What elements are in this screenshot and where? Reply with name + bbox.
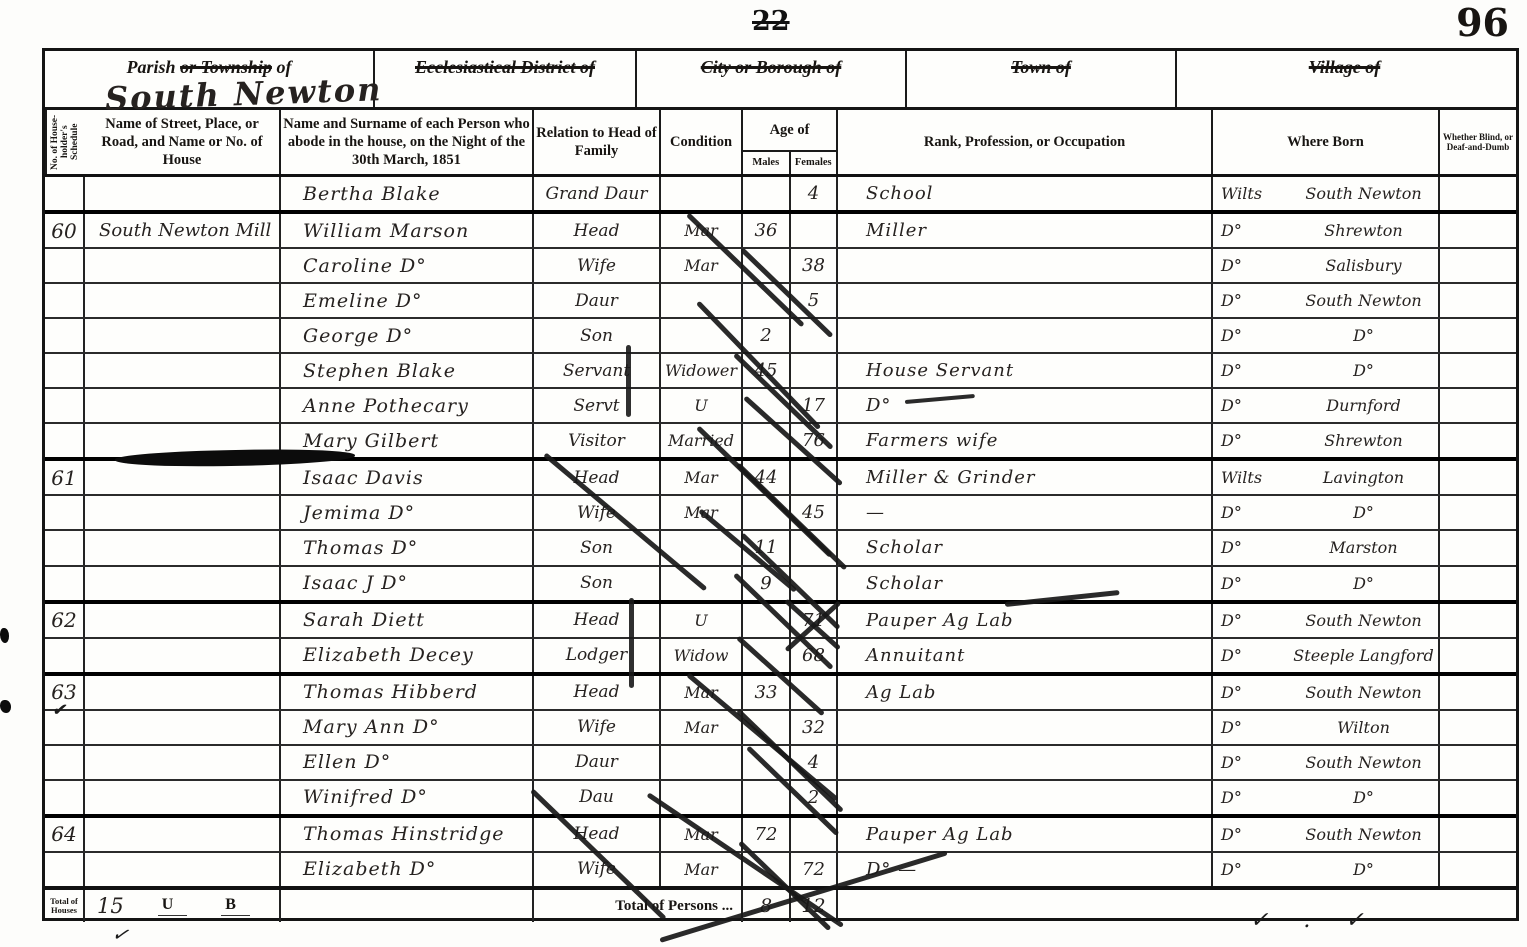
occupation: Miller [838,214,1213,247]
street-name [85,818,281,851]
infirmity [1440,319,1516,352]
age-male: 36 [743,214,791,247]
born-county: Wilts [1221,184,1289,203]
condition: Mar [661,461,743,494]
occupation: Annuitant [838,639,1213,672]
col-condition: Condition [661,110,743,174]
born-county: D° [1221,256,1289,275]
table-row: 60 South Newton Mill William Marson Head… [45,214,1516,249]
street-name [85,604,281,637]
person-name: Emeline D° [281,284,534,317]
person-name: Thomas Hinstridge [281,818,534,851]
schedule-tick-mark: ✔ [52,700,65,719]
where-born: D° South Newton [1213,284,1440,317]
table-row: Thomas D° Son 11 Scholar D° Marston [45,531,1516,566]
occupation: — [838,496,1213,529]
born-place: Steeple Langford [1289,646,1438,665]
infirmity [1440,676,1516,709]
infirmity [1440,424,1516,457]
where-born: D° D° [1213,853,1440,886]
born-county: Wilts [1221,468,1289,487]
relation-to-head: Head [534,461,661,494]
age-male: 72 [743,818,791,851]
street-name [85,389,281,422]
occupation: D° [838,389,1213,422]
infirmity [1440,496,1516,529]
table-row: 61 Isaac Davis Head Mar 44 Miller & Grin… [45,461,1516,496]
age-female [791,214,838,247]
born-place: South Newton [1289,683,1438,702]
occupation: Farmers wife [838,424,1213,457]
relation-to-head: Grand Daur [534,177,661,210]
col-name: Name and Surname of each Person who abod… [281,110,534,174]
where-born: D° South Newton [1213,604,1440,637]
born-place: D° [1289,361,1438,380]
infirmity [1440,284,1516,317]
born-county: D° [1221,611,1289,630]
relation-to-head: Head [534,676,661,709]
condition [661,177,743,210]
condition: U [661,604,743,637]
col-relation: Relation to Head of Family [534,110,661,174]
street-name [85,531,281,564]
bottom-left-check: ✓ [110,921,131,947]
relation-to-head: Wife [534,249,661,282]
born-place: South Newton [1289,753,1438,772]
born-place: Lavington [1289,468,1438,487]
relation-to-head: Wife [534,711,661,744]
col-schedule: No. of House-holder's Schedule [45,110,85,174]
schedule-number [45,249,85,282]
born-place: Durnford [1289,396,1438,415]
where-born: D° Salisbury [1213,249,1440,282]
condition: U [661,389,743,422]
person-name: Thomas Hibberd [281,676,534,709]
col-born: Where Born [1213,110,1440,174]
village-section: Village of [1177,51,1512,107]
person-name: Isaac J D° [281,567,534,600]
struck-folio-number: 22 [752,6,790,37]
building-label: B [221,896,250,916]
occupation: School [838,177,1213,210]
condition [661,746,743,779]
born-county: D° [1221,326,1289,345]
relation-to-head: Son [534,567,661,600]
table-row: 63 Thomas Hibberd Head Mar 33 Ag Lab D° … [45,676,1516,711]
table-row: Elizabeth Decey Lodger Widow 68 Annuitan… [45,639,1516,676]
city-label: City or Borough of [701,57,842,77]
table-row: Winifred D° Dau 2 D° D° [45,781,1516,818]
born-place: Shrewton [1289,431,1438,450]
person-name: Mary Ann D° [281,711,534,744]
table-row: Mary Ann D° Wife Mar 32 D° Wilton [45,711,1516,746]
age-female: 32 [791,711,838,744]
street-name: South Newton Mill [85,214,281,247]
col-street: Name of Street, Place, or Road, and Name… [85,110,281,174]
margin-mark [0,628,9,643]
total-houses-value: 15 [97,894,124,918]
street-name [85,639,281,672]
relation-to-head: Wife [534,853,661,886]
col-age: Age of Males Females [743,110,838,174]
col-age-label: Age of [743,110,836,152]
age-female: 4 [791,177,838,210]
born-place: D° [1289,860,1438,879]
schedule-number: 61 [45,461,85,494]
street-name [85,249,281,282]
schedule-number [45,424,85,457]
born-place: Marston [1289,538,1438,557]
schedule-number [45,531,85,564]
schedule-number [45,284,85,317]
condition: Mar [661,818,743,851]
born-county: D° [1221,221,1289,240]
schedule-number [45,781,85,814]
born-county: D° [1221,860,1289,879]
born-place: South Newton [1289,184,1438,203]
schedule-number [45,746,85,779]
age-female [791,818,838,851]
total-houses-label: Total of Houses [45,890,85,922]
street-name [85,781,281,814]
street-name [85,711,281,744]
infirmity [1440,214,1516,247]
born-county: D° [1221,825,1289,844]
where-born: Wilts South Newton [1213,177,1440,210]
where-born: Wilts Lavington [1213,461,1440,494]
street-name [85,461,281,494]
schedule-number [45,567,85,600]
born-county: D° [1221,431,1289,450]
age-female: 38 [791,249,838,282]
infirmity [1440,818,1516,851]
schedule-number [45,389,85,422]
table-row: George D° Son 2 D° D° [45,319,1516,354]
column-headers: No. of House-holder's Schedule Name of S… [45,110,1516,177]
condition: Mar [661,853,743,886]
street-name [85,567,281,600]
person-name: Elizabeth D° [281,853,534,886]
relation-to-head: Head [534,818,661,851]
footer-right-blank [838,890,1516,922]
person-name: Sarah Diett [281,604,534,637]
occupation [838,781,1213,814]
relation-to-head: Lodger [534,639,661,672]
page-number: 96 [1456,0,1509,45]
street-name [85,284,281,317]
schedule-number [45,354,85,387]
age-male: 2 [743,319,791,352]
born-place: Wilton [1289,718,1438,737]
infirmity [1440,177,1516,210]
uninhabited-label: U [158,896,188,916]
occupation [838,249,1213,282]
where-born: D° Wilton [1213,711,1440,744]
occupation: Miller & Grinder [838,461,1213,494]
village-label: Village of [1309,57,1381,77]
col-infirmity: Whether Blind, or Deaf-and-Dumb [1440,110,1516,174]
occupation [838,711,1213,744]
margin-mark [0,700,11,713]
age-female: 4 [791,746,838,779]
infirmity [1440,531,1516,564]
born-place: D° [1289,503,1438,522]
born-place: South Newton [1289,825,1438,844]
table-row: Caroline D° Wife Mar 38 D° Salisbury [45,249,1516,284]
born-county: D° [1221,753,1289,772]
person-name: William Marson [281,214,534,247]
born-county: D° [1221,788,1289,807]
born-place: South Newton [1289,611,1438,630]
age-female: 72 [791,853,838,886]
born-place: D° [1289,574,1438,593]
occupation: Scholar [838,531,1213,564]
street-name [85,496,281,529]
where-born: D° South Newton [1213,676,1440,709]
town-label: Town of [1011,57,1071,77]
relation-to-head: Head [534,604,661,637]
schedule-number [45,853,85,886]
check-marks: ✓ . ✓ [1250,908,1378,933]
infirmity [1440,389,1516,422]
where-born: D° South Newton [1213,746,1440,779]
ecclesiastical-label: Ecclesiastical District of [415,57,595,77]
where-born: D° D° [1213,781,1440,814]
person-name: Ellen D° [281,746,534,779]
relation-to-head: Daur [534,284,661,317]
infirmity [1440,354,1516,387]
where-born: D° South Newton [1213,818,1440,851]
relation-to-head: Daur [534,746,661,779]
occupation: Scholar [838,567,1213,600]
relation-to-head: Son [534,319,661,352]
footer-spacer [281,890,534,922]
infirmity [1440,853,1516,886]
infirmity [1440,461,1516,494]
person-name: Anne Pothecary [281,389,534,422]
person-name: Isaac Davis [281,461,534,494]
occupation [838,746,1213,779]
person-name: Thomas D° [281,531,534,564]
table-row: Bertha Blake Grand Daur 4 School Wilts S… [45,177,1516,214]
born-county: D° [1221,574,1289,593]
condition: Mar [661,676,743,709]
born-county: D° [1221,718,1289,737]
where-born: D° Durnford [1213,389,1440,422]
col-occupation: Rank, Profession, or Occupation [838,110,1213,174]
infirmity [1440,604,1516,637]
occupation [838,319,1213,352]
born-county: D° [1221,538,1289,557]
born-place: South Newton [1289,291,1438,310]
table-row: 64 Thomas Hinstridge Head Mar 72 Pauper … [45,818,1516,853]
where-born: D° D° [1213,319,1440,352]
form-header-band: Parish or Township of South Newton Eccle… [45,51,1516,110]
relation-to-head: Servt [534,389,661,422]
total-houses-cell: 15 U B [85,890,281,922]
census-form: Parish or Township of South Newton Eccle… [42,48,1519,921]
schedule-number: 60 [45,214,85,247]
where-born: D° D° [1213,496,1440,529]
occupation: Pauper Ag Lab [838,604,1213,637]
schedule-number: 64 [45,818,85,851]
where-born: D° Steeple Langford [1213,639,1440,672]
relation-to-head: Head [534,214,661,247]
infirmity [1440,746,1516,779]
born-county: D° [1221,361,1289,380]
where-born: D° Shrewton [1213,214,1440,247]
town-section: Town of [907,51,1177,107]
where-born: D° D° [1213,354,1440,387]
infirmity [1440,781,1516,814]
parish-section: Parish or Township of South Newton [45,51,375,107]
infirmity [1440,567,1516,600]
schedule-number [45,496,85,529]
street-name [85,676,281,709]
street-name [85,354,281,387]
schedule-number [45,177,85,210]
person-name: George D° [281,319,534,352]
person-name: Caroline D° [281,249,534,282]
person-name: Jemima D° [281,496,534,529]
infirmity [1440,639,1516,672]
street-name [85,319,281,352]
schedule-number [45,319,85,352]
infirmity [1440,711,1516,744]
person-name: Stephen Blake [281,354,534,387]
occupation: House Servant [838,354,1213,387]
ecclesiastical-section: Ecclesiastical District of [375,51,637,107]
born-county: D° [1221,503,1289,522]
occupation: Ag Lab [838,676,1213,709]
schedule-number [45,639,85,672]
person-name: Bertha Blake [281,177,534,210]
born-county: D° [1221,396,1289,415]
street-name [85,853,281,886]
street-name [85,177,281,210]
street-name [85,746,281,779]
infirmity [1440,249,1516,282]
city-section: City or Borough of [637,51,907,107]
born-county: D° [1221,683,1289,702]
age-male [743,177,791,210]
born-county: D° [1221,646,1289,665]
where-born: D° D° [1213,567,1440,600]
age-female [791,567,838,600]
born-place: D° [1289,326,1438,345]
born-place: Shrewton [1289,221,1438,240]
col-age-females: Females [791,152,837,174]
condition [661,284,743,317]
born-place: D° [1289,788,1438,807]
condition: Widow [661,639,743,672]
born-place: Salisbury [1289,256,1438,275]
born-county: D° [1221,291,1289,310]
relation-to-head: Visitor [534,424,661,457]
where-born: D° Marston [1213,531,1440,564]
col-age-males: Males [743,152,791,174]
tally-vertical-stroke [626,345,631,417]
where-born: D° Shrewton [1213,424,1440,457]
condition: Widower [661,354,743,387]
person-name: Elizabeth Decey [281,639,534,672]
condition: Mar [661,711,743,744]
schedule-number: 62 [45,604,85,637]
age-female [791,354,838,387]
occupation [838,284,1213,317]
person-name: Winifred D° [281,781,534,814]
relation-to-head: Servant [534,354,661,387]
occupation: Pauper Ag Lab [838,818,1213,851]
tally-vertical-stroke [629,598,634,688]
